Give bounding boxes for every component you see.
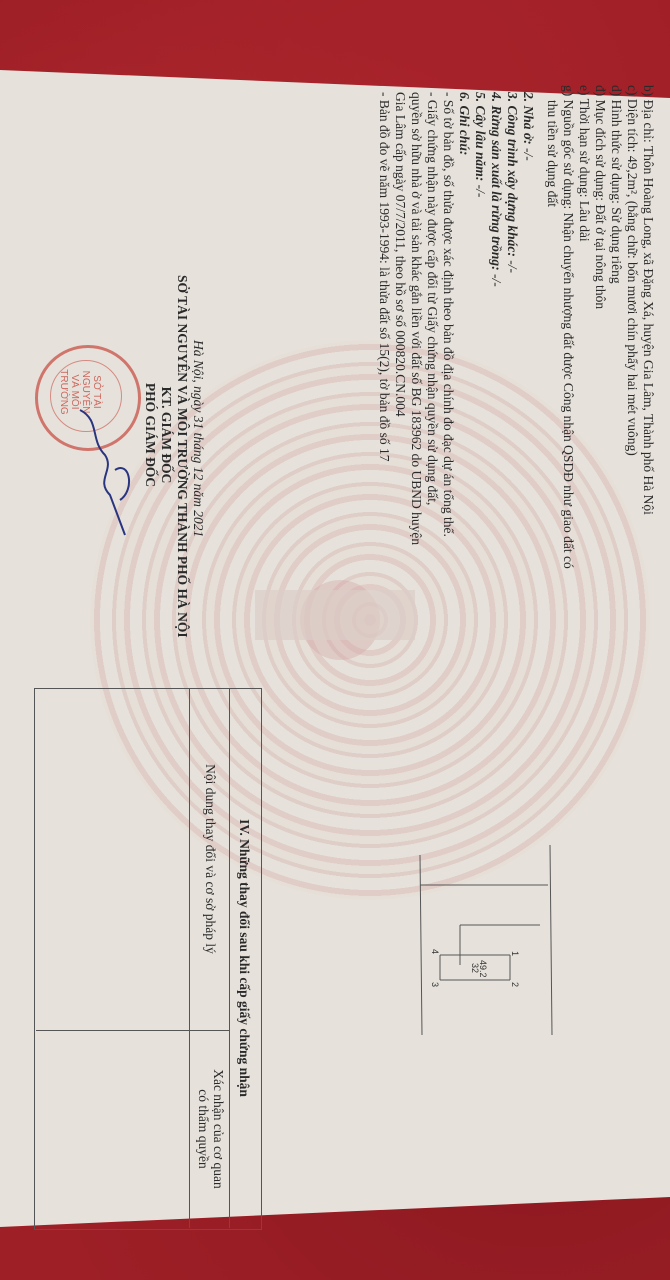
parcel-sketch: 1 2 3 4 32 49.2 [370,845,570,1035]
table-header-divider [229,688,230,1228]
section-forest: 4. Rừng sản xuất là rừng trồng: -/- [489,92,504,287]
note-line-3: quyền sở hữu nhà ở và tài sản khác gắn l… [409,92,424,545]
changes-col-content: Nội dung thay đổi và cơ sở pháp lý [203,688,218,1030]
note-line-5: - Bản đồ đo vẽ năm 1993-1994: là thửa đấ… [377,92,392,462]
agency-name: SỞ TÀI NGUYÊN VÀ MÔI TRƯỜNG THÀNH PHỐ HÀ… [175,275,190,638]
usage-purpose-line: đ) Mục đích sử dụng: Đất ở tại nông thôn [593,85,608,309]
usage-form-line: d) Hình thức sử dụng: Sử dụng riêng [609,85,624,284]
origin-line: g) Nguồn gốc sử dụng: Nhận chuyển nhượng… [561,85,576,569]
section-perennial: 5. Cây lâu năm: -/- [473,92,488,197]
point-2: 2 [510,982,520,987]
point-1: 1 [510,951,520,956]
point-3: 3 [430,982,440,987]
origin-line-cont: thu tiền sử dụng đất [545,100,560,207]
changes-col-authority-1: Xác nhận của cơ quan [211,1030,226,1228]
address-line: b) Địa chỉ: Thôn Hoàng Long, xã Đặng Xá,… [641,85,656,515]
section-notes: 6. Ghi chú: [457,92,472,155]
note-line-4: Gia Lâm cấp ngày 07/7/2011, theo hồ sơ s… [393,92,408,417]
parcel-area: 49.2 [478,960,488,978]
date-line: Hà Nội, ngày 31 tháng 12 năm 2021 [191,340,206,537]
section-house: 2. Nhà ở: -/- [521,92,536,161]
handwritten-signature [60,400,140,540]
changes-col-authority-2: có thẩm quyền [196,1030,211,1228]
rotated-document-content: b) Địa chỉ: Thôn Hoàng Long, xã Đặng Xá,… [0,0,670,1280]
on-behalf-label: KT. GIÁM ĐỐC [159,365,174,505]
usage-term-line: e) Thời hạn sử dụng: Lâu dài [577,85,592,242]
table-subheader-divider [189,688,190,1228]
note-line-1: - Số tờ bản đồ, số thửa được xác định th… [441,92,456,537]
area-line: c) Diện tích: 49,2m², (bằng chữ: bốn mươ… [625,85,640,456]
changes-table-title: IV. Những thay đổi sau khi cấp giấy chứn… [237,688,252,1228]
signer-title: PHÓ GIÁM ĐỐC [143,365,158,505]
point-4: 4 [430,949,440,954]
section-other-works: 3. Công trình xây dựng khác: -/- [505,92,520,273]
note-line-2: - Giấy chứng nhận này được cấp đổi từ Gi… [425,92,440,505]
changes-table [34,688,262,1230]
